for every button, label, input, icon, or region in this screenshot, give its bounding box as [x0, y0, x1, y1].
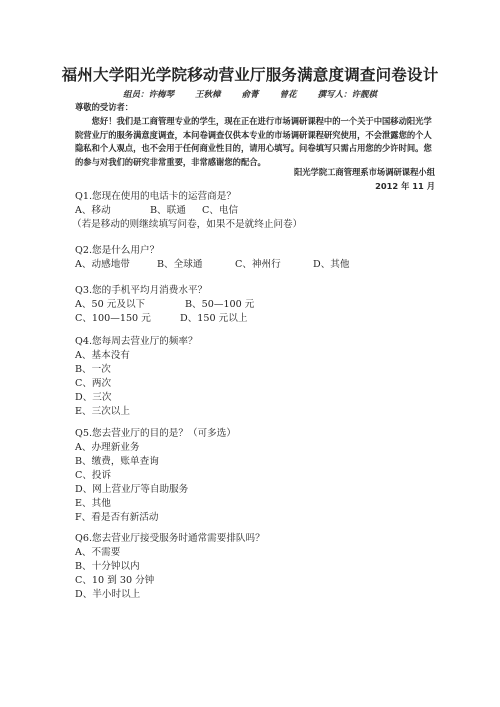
option-a[interactable]: A、办理新业务: [75, 441, 236, 455]
option-a[interactable]: A、基本没有: [75, 349, 198, 363]
option-c[interactable]: C、100—150 元: [75, 312, 180, 326]
intro-paragraph: 您好！我们是工商管理专业的学生，现在正在进行市场调研课程中的一个关于中国移动阳光…: [75, 115, 435, 169]
option-c[interactable]: C、神州行: [235, 258, 313, 272]
option-a[interactable]: A、不需要: [75, 546, 265, 560]
option-c[interactable]: C、两次: [75, 377, 198, 391]
option-b[interactable]: B、联通: [150, 204, 202, 218]
option-e[interactable]: E、三次以上: [75, 405, 198, 419]
member-name: 俞菁: [241, 90, 258, 100]
signature: 阳光学院工商管理系市场调研课程小组: [294, 166, 435, 178]
question-text: Q3.您的手机平均月消费水平？: [75, 284, 254, 298]
question-5: Q5.您去营业厅的目的是？（可多选） A、办理新业务 B、缴费，账单查询 C、投…: [75, 427, 236, 525]
question-text: Q1.您现在使用的电话卡的运营商是？: [75, 190, 302, 204]
question-6: Q6.您去营业厅接受服务时通常需要排队吗？ A、不需要 B、十分钟以内 C、10…: [75, 532, 265, 602]
option-b[interactable]: B、一次: [75, 363, 198, 377]
question-3: Q3.您的手机平均月消费水平？ A、50 元及以下B、50—100 元 C、10…: [75, 284, 254, 326]
questionnaire-page: 福州大学阳光学院移动营业厅服务满意度调查问卷设计 组员：许梅琴 王秋樟 俞菁 曾…: [0, 0, 500, 707]
option-b[interactable]: B、50—100 元: [185, 298, 254, 312]
question-text: Q5.您去营业厅的目的是？（可多选）: [75, 427, 236, 441]
option-b[interactable]: B、全球通: [157, 258, 235, 272]
option-e[interactable]: E、其他: [75, 497, 236, 511]
option-a[interactable]: A、动感地带: [75, 258, 157, 272]
author-line: 组员：许梅琴 王秋樟 俞菁 曾花 撰写人：许靓棋: [0, 88, 500, 100]
question-text: Q2.您是什么用户？: [75, 244, 349, 258]
option-row: A、移动B、联通C、电信: [75, 204, 302, 218]
document-title: 福州大学阳光学院移动营业厅服务满意度调查问卷设计: [0, 63, 500, 85]
option-f[interactable]: F、看是否有新活动: [75, 511, 236, 525]
date: 2012 年 11 月: [375, 180, 435, 192]
option-d[interactable]: D、网上营业厅等自助服务: [75, 483, 236, 497]
option-d[interactable]: D、三次: [75, 391, 198, 405]
question-2: Q2.您是什么用户？ A、动感地带B、全球通C、神州行D、其他: [75, 244, 349, 272]
option-row: A、动感地带B、全球通C、神州行D、其他: [75, 258, 349, 272]
greeting: 尊敬的受访者：: [75, 101, 435, 115]
option-c[interactable]: C、电信: [202, 204, 238, 218]
question-note: （若是移动的则继续填写问卷，如果不是就终止问卷）: [72, 218, 302, 232]
question-4: Q4.您每周去营业厅的频率？ A、基本没有 B、一次 C、两次 D、三次 E、三…: [75, 335, 198, 419]
option-b[interactable]: B、缴费，账单查询: [75, 455, 236, 469]
option-c[interactable]: C、10 到 30 分钟: [75, 574, 265, 588]
option-a[interactable]: A、移动: [75, 204, 150, 218]
writer-label: 撰写人：许靓棋: [317, 90, 377, 100]
option-b[interactable]: B、十分钟以内: [75, 560, 265, 574]
members-label: 组员：许梅琴: [123, 90, 174, 100]
question-text: Q4.您每周去营业厅的频率？: [75, 335, 198, 349]
question-text: Q6.您去营业厅接受服务时通常需要排队吗？: [75, 532, 265, 546]
member-name: 王秋樟: [195, 90, 221, 100]
option-d[interactable]: D、半小时以上: [75, 588, 265, 602]
option-d[interactable]: D、其他: [313, 258, 349, 272]
option-c[interactable]: C、投诉: [75, 469, 236, 483]
option-d[interactable]: D、150 元以上: [180, 312, 247, 326]
option-a[interactable]: A、50 元及以下: [75, 298, 185, 312]
option-row: A、50 元及以下B、50—100 元: [75, 298, 254, 312]
question-1: Q1.您现在使用的电话卡的运营商是？ A、移动B、联通C、电信 （若是移动的则继…: [75, 190, 302, 232]
member-name: 曾花: [279, 90, 296, 100]
option-row: C、100—150 元D、150 元以上: [75, 312, 254, 326]
